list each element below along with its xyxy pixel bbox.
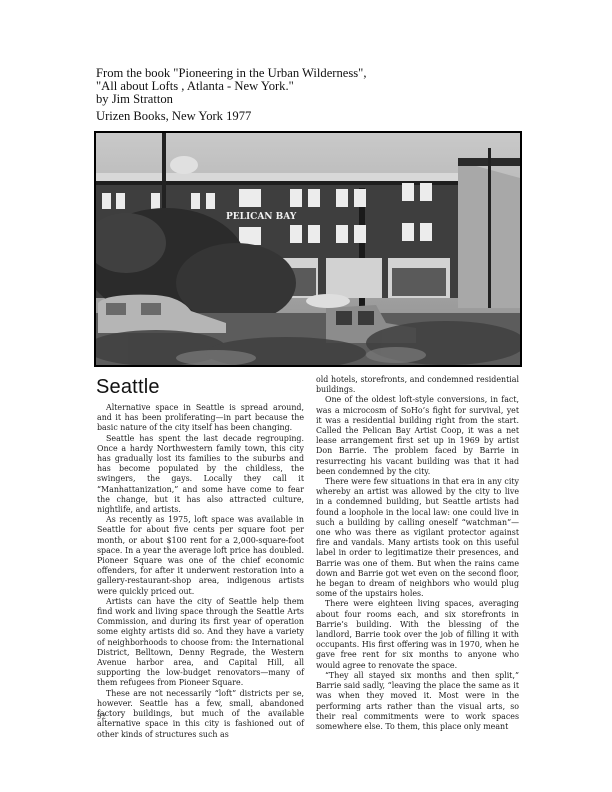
paragraph: Artists can have the city of Seattle hel… — [97, 597, 304, 689]
citation-publisher: Urizen Books, New York 1977 — [96, 110, 516, 123]
left-text-column: Alternative space in Seattle is spread a… — [97, 403, 304, 740]
paragraph: As recently as 1975, loft space was avai… — [97, 515, 304, 597]
paragraph: Alternative space in Seattle is spread a… — [97, 403, 304, 434]
pelican-bay-sign: PELICAN BAY — [226, 212, 297, 222]
paragraph: Seattle has spent the last decade regrou… — [97, 434, 304, 516]
paragraph: These are not necessarily “loft” distric… — [97, 689, 304, 740]
paragraph: One of the oldest loft-style conversions… — [316, 395, 519, 477]
paragraph: There were few situations in that era in… — [316, 477, 519, 599]
paragraph: “They all stayed six months and then spl… — [316, 671, 519, 732]
building-photo: PELICAN BAY — [94, 131, 522, 367]
paragraph-continuation: old hotels, storefronts, and condemned r… — [316, 375, 519, 395]
article-heading: Seattle — [96, 376, 160, 399]
page-number: 92 — [97, 713, 106, 721]
source-citation: From the book "Pioneering in the Urban W… — [96, 67, 516, 123]
right-text-column: old hotels, storefronts, and condemned r… — [316, 375, 519, 732]
pelican-bay-building-image: PELICAN BAY — [96, 133, 520, 365]
citation-author: by Jim Stratton — [96, 93, 516, 106]
paragraph: There were eighteen living spaces, avera… — [316, 599, 519, 670]
